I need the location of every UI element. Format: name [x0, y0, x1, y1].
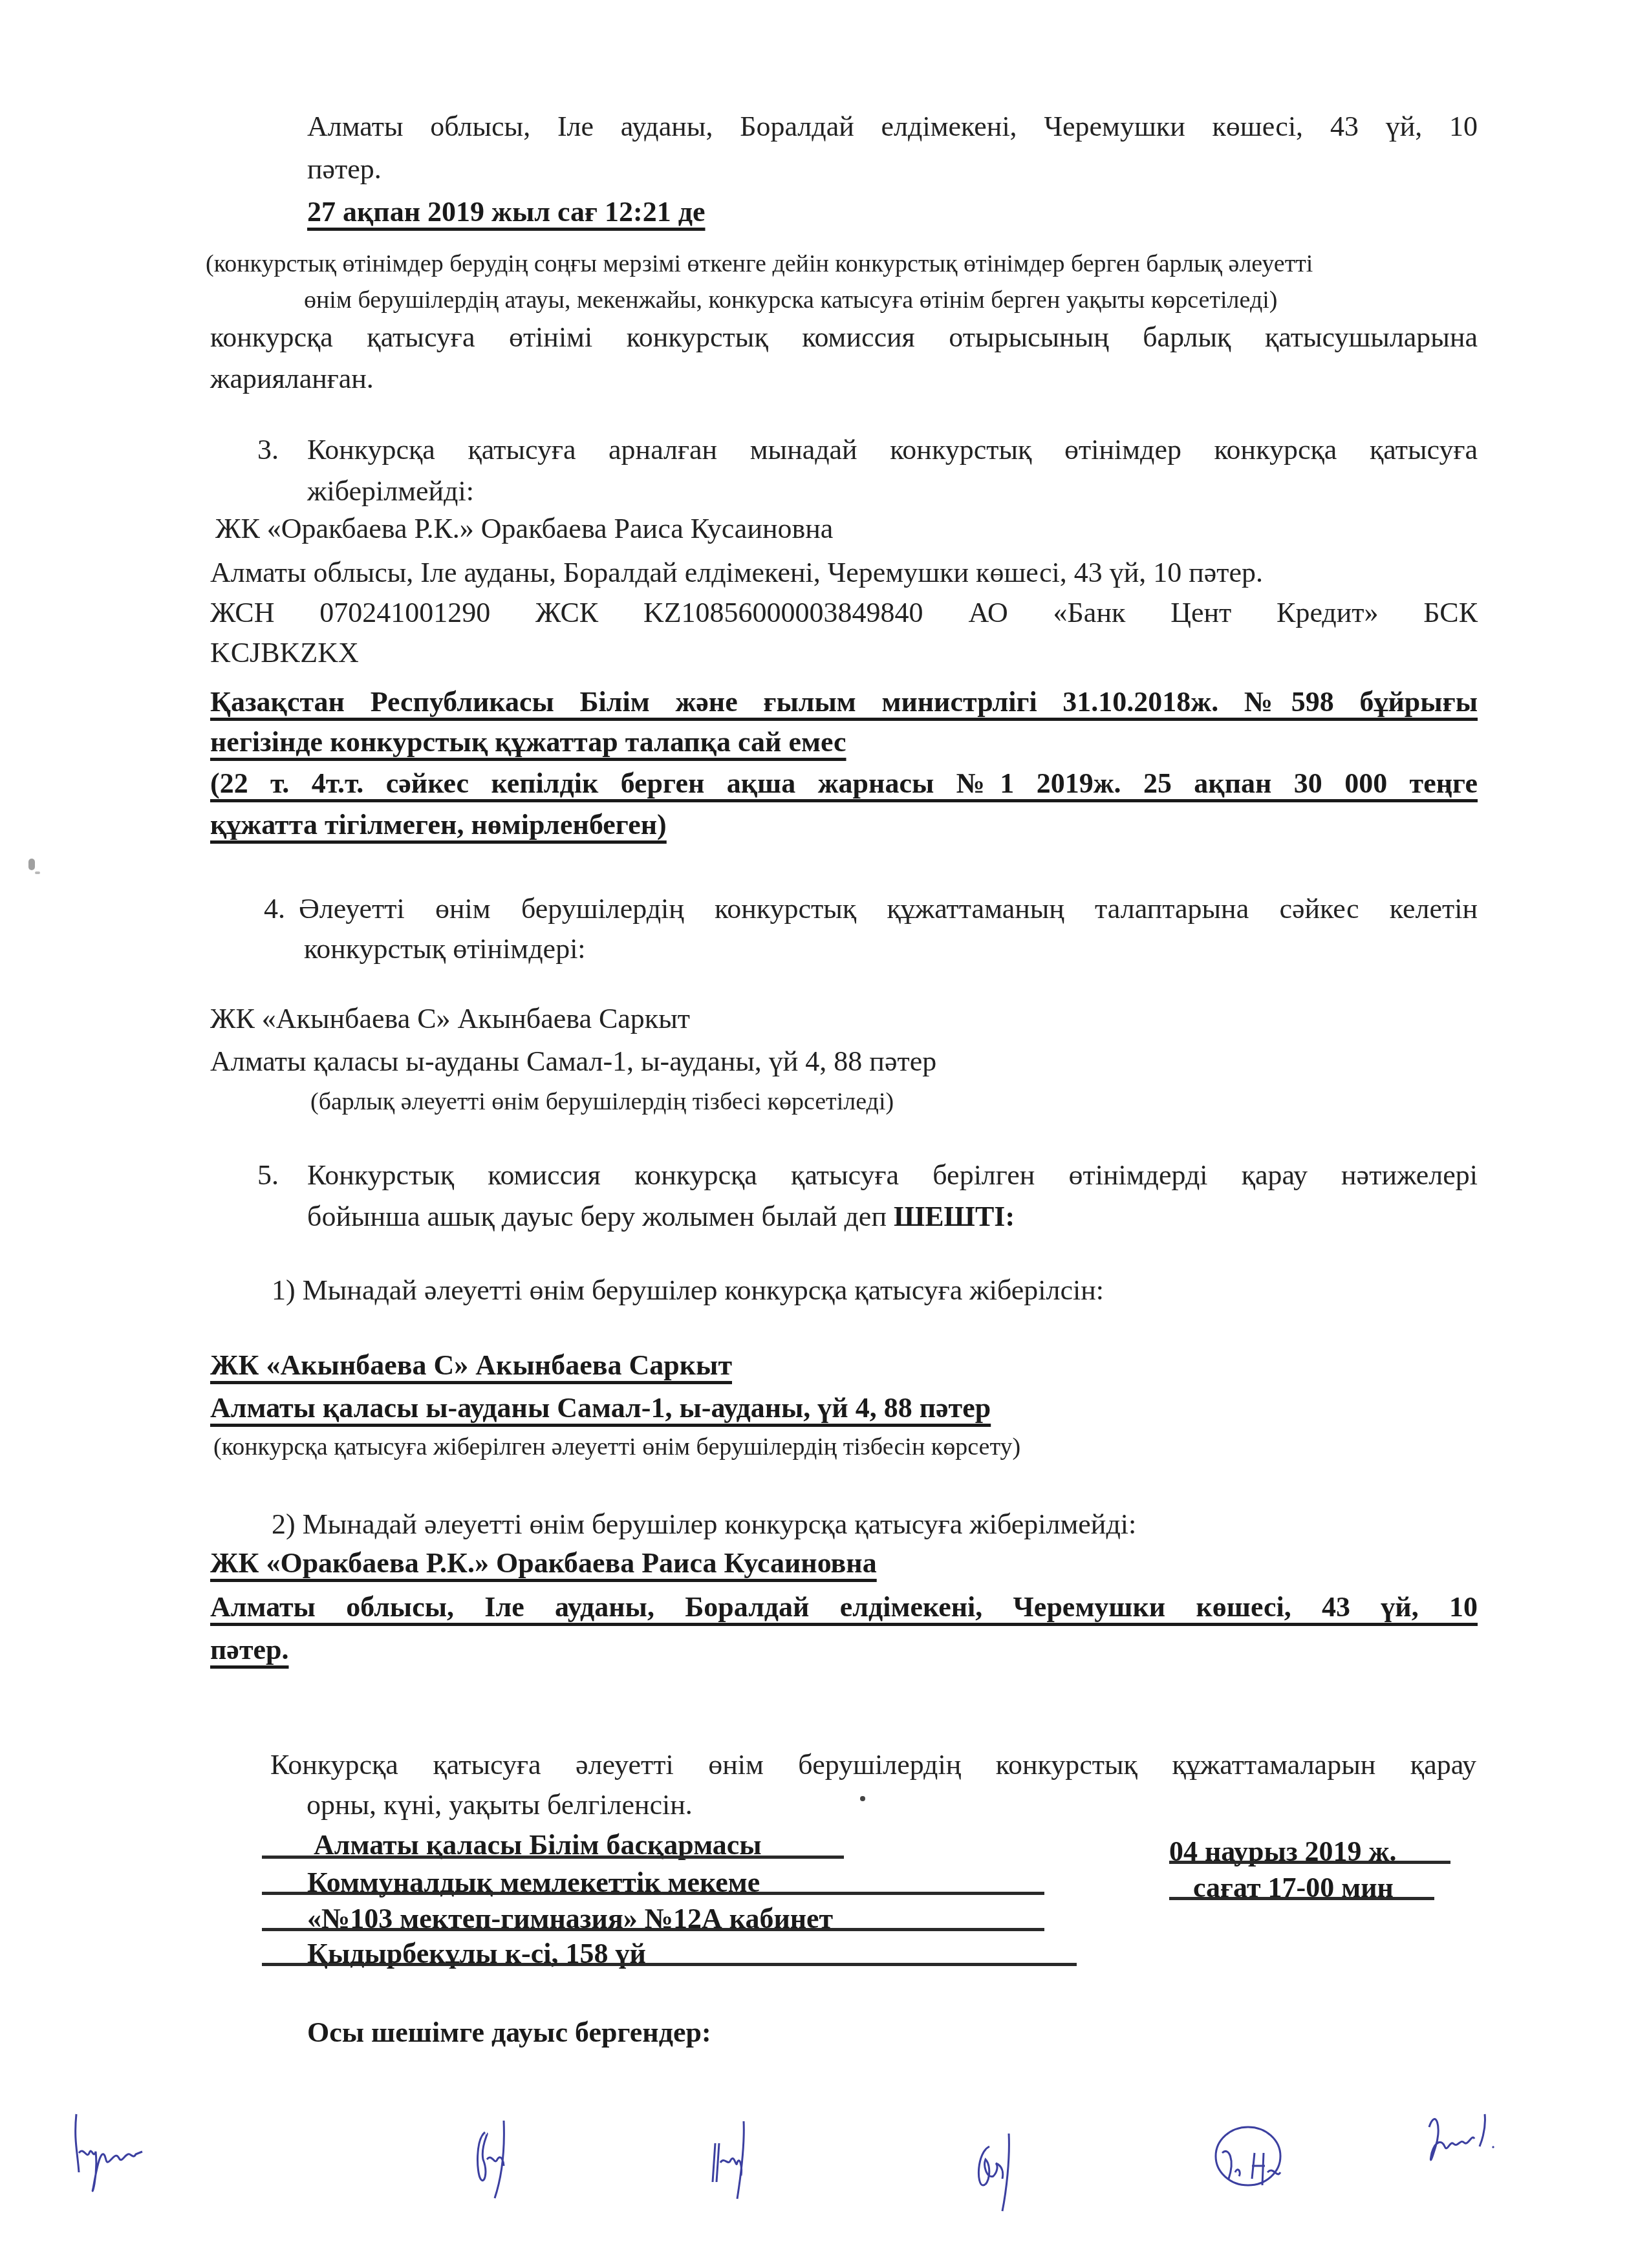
- signature-5: [1209, 2127, 1293, 2201]
- signatures-row: [0, 2069, 1649, 2268]
- top-address-line-2: пәтер.: [307, 151, 382, 187]
- section-4-line-1: Әлеуетті өнім берушілердің конкурстық құ…: [299, 891, 1478, 927]
- section-3-line-1: Конкурсқа қатысуға арналған мынадай конк…: [307, 432, 1478, 468]
- underline-rule: [262, 1963, 1077, 1966]
- review-line-2: орны, күні, уақыты белгіленсін.: [307, 1787, 693, 1823]
- announcement-line-2: жарияланған.: [210, 361, 374, 397]
- rejection-reason-line-3: (22 т. 4т.т. сәйкес кепілдік берген ақша…: [210, 765, 1478, 802]
- section-5-line-2-text: бойынша ашық дауыс беру жолымен былай де…: [307, 1201, 894, 1232]
- eligible-supplier-name: ЖК «Акынбаева С» Акынбаева Саркыт: [210, 1001, 690, 1037]
- underline-rule: [262, 1928, 1044, 1931]
- review-time: сағат 17-00 мин: [1193, 1870, 1394, 1906]
- review-place-line-2: Коммуналдық мемлекеттік мекеме: [307, 1865, 760, 1901]
- admitted-supplier-name: ЖК «Акынбаева С» Акынбаева Саркыт: [210, 1347, 732, 1384]
- review-line-1: Конкурсқа қатысуға әлеуетті өнім берушіл…: [270, 1747, 1476, 1783]
- note-1-line-1: (конкурстық өтінімдер берудің соңғы мерз…: [206, 248, 1313, 279]
- section-5-line-2: бойынша ашық дауыс беру жолымен былай де…: [307, 1199, 1015, 1235]
- section-4-line-2: конкурстық өтінімдері:: [304, 931, 586, 967]
- signature-3: [711, 2117, 750, 2205]
- admitted-label: 1) Мынадай әлеуетті өнім берушілер конку…: [272, 1272, 1104, 1309]
- rejected-final-address-line-2: пәтер.: [210, 1632, 289, 1668]
- section-5-line-1: Конкурстық комиссия конкурсқа қатысуға б…: [307, 1157, 1478, 1193]
- underline-rule: [1169, 1861, 1450, 1864]
- rejection-reason-line-2: негізінде конкурстық құжаттар талапқа са…: [210, 724, 846, 760]
- note-1-line-2: өнім берушілердің атауы, мекенжайы, конк…: [304, 284, 1277, 316]
- top-address-line-1: Алматы облысы, Іле ауданы, Боралдай елді…: [307, 109, 1478, 145]
- rejected-supplier-name: ЖК «Оракбаева Р.К.» Оракбаева Раиса Куса…: [215, 511, 833, 547]
- rejected-final-name: ЖК «Оракбаева Р.К.» Оракбаева Раиса Куса…: [210, 1545, 877, 1581]
- signature-1: [71, 2108, 142, 2208]
- rejected-supplier-bank-line-1: ЖСН 070241001290 ЖСК KZ10856000003849840…: [210, 595, 1478, 631]
- scan-mark: [35, 872, 40, 874]
- rejected-final-address-line-1: Алматы облысы, Іле ауданы, Боралдай елді…: [210, 1589, 1478, 1625]
- rejection-reason-line-1: Қазақстан Республикасы Білім және ғылым …: [210, 684, 1478, 720]
- review-place-line-4: Қыдырбекұлы к-сі, 158 үй: [307, 1936, 646, 1972]
- rejection-reason-line-4: құжатта тігілмеген, нөмірленбеген): [210, 807, 667, 843]
- review-date: 04 наурыз 2019 ж.: [1169, 1834, 1397, 1870]
- signature-2: [475, 2114, 514, 2208]
- scan-mark: [28, 859, 35, 870]
- section-4-number: 4.: [264, 891, 285, 927]
- eligible-supplier-address: Алматы қаласы ы-ауданы Самал-1, ы-ауданы…: [210, 1043, 936, 1080]
- voters-label: Осы шешімге дауыс бергендер:: [307, 2015, 711, 2051]
- signature-4: [976, 2127, 1015, 2214]
- section-3-number: 3.: [257, 432, 279, 468]
- review-place-line-3: «№103 мектеп-гимназия» №12А кабинет: [307, 1901, 833, 1937]
- rejected-label: 2) Мынадай әлеуетті өнім берушілер конку…: [272, 1506, 1136, 1543]
- rejected-supplier-address: Алматы облысы, Іле ауданы, Боралдай елді…: [210, 555, 1263, 591]
- admitted-note: (конкурсқа қатысуға жіберілген әлеуетті …: [213, 1431, 1020, 1462]
- section-5-number: 5.: [257, 1157, 279, 1193]
- rejected-supplier-bank-line-2: KCJBKZKX: [210, 635, 359, 671]
- decision-keyword: ШЕШТІ:: [894, 1201, 1015, 1232]
- stray-dot: [860, 1796, 865, 1801]
- admitted-supplier-address: Алматы қаласы ы-ауданы Самал-1, ы-ауданы…: [210, 1390, 991, 1426]
- section-4-note: (барлық әлеуетті өнім берушілердің тізбе…: [310, 1086, 894, 1117]
- announcement-line-1: конкурсқа қатысуға өтінімі конкурстық ко…: [210, 319, 1478, 356]
- submission-time: 27 ақпан 2019 жыл сағ 12:21 де: [307, 194, 705, 230]
- signature-6: [1423, 2108, 1500, 2176]
- underline-rule: [262, 1856, 844, 1859]
- underline-rule: [262, 1892, 1044, 1895]
- underline-rule: [1169, 1897, 1434, 1900]
- section-3-line-2: жіберілмейді:: [307, 473, 474, 509]
